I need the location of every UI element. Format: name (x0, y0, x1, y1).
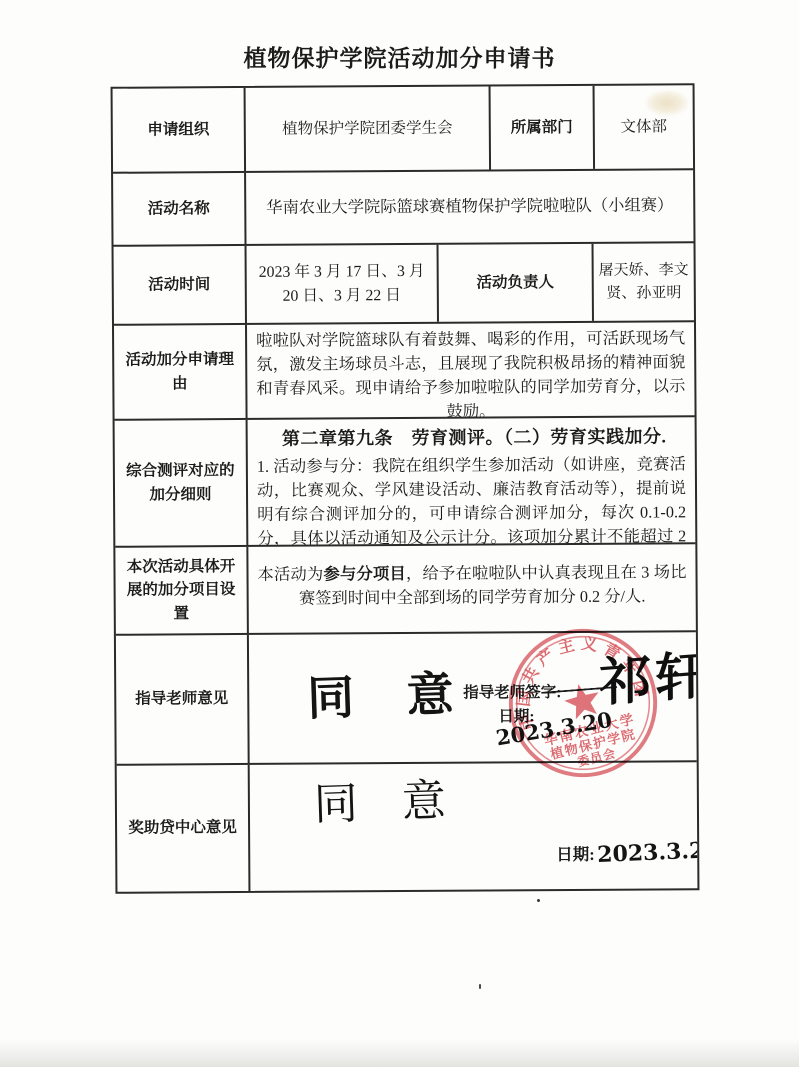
activity-leader-value: 屠天娇、李文贤、孙亚明 (594, 243, 694, 321)
evaluation-rule-cell: 第二章第九条 劳育测评。（二）劳育实践加分. 1. 活动参与分：我院在组织学生参… (248, 417, 696, 545)
advisor-signature-handwriting: 祁轩 (599, 636, 697, 723)
project-setting-prefix: 本活动为 (257, 564, 323, 583)
project-setting-text: 本活动为参与分项目，给予在啦啦队中认真表现且在 3 场比赛签到时间中全部到场的同… (248, 544, 695, 615)
scan-smudge-artifact (645, 90, 689, 116)
apply-reason-text: 啦啦队对学院篮球队有着鼓舞、喝彩的作用，可活跃现场气氛，激发主场球员斗志，且展现… (247, 322, 695, 418)
aid-center-opinion-cell: 同 意 日期: 2023.3.20 (250, 762, 698, 891)
row-applicant-org: 申请组织 植物保护学院团委学生会 所属部门 文体部 (113, 85, 694, 174)
application-form-table: 申请组织 植物保护学院团委学生会 所属部门 文体部 活动名称 华南农业大学院际篮… (111, 83, 700, 894)
advisor-opinion-label: 指导老师意见 (116, 635, 250, 764)
activity-name-value: 华南农业大学院际篮球赛植物保护学院啦啦队（小组赛） (246, 170, 693, 244)
evaluation-rule-label: 综合测评对应的加分细则 (115, 420, 249, 546)
document-title: 植物保护学院活动加分申请书 (0, 40, 799, 73)
row-activity-time: 活动时间 2023 年 3 月 17 日、3 月 20 日、3 月 22 日 活… (114, 243, 694, 326)
activity-name-label: 活动名称 (113, 173, 246, 245)
scan-speck-artifact (479, 984, 481, 989)
scan-speck-artifact (537, 899, 540, 902)
aid-center-opinion-label: 奖助贷中心意见 (117, 765, 251, 892)
row-activity-name: 活动名称 华南农业大学院际篮球赛植物保护学院啦啦队（小组赛） (113, 170, 693, 247)
row-evaluation-rule: 综合测评对应的加分细则 第二章第九条 劳育测评。（二）劳育实践加分. 1. 活动… (115, 417, 696, 548)
advisor-approval-handwriting: 同 意 (306, 659, 473, 735)
row-apply-reason: 活动加分申请理由 啦啦队对学院篮球队有着鼓舞、喝彩的作用，可活跃现场气氛，激发主… (114, 322, 695, 421)
aid-center-date-handwriting: 2023.3.20 (596, 834, 697, 872)
applicant-org-value: 植物保护学院团委学生会 (246, 86, 492, 170)
activity-time-value: 2023 年 3 月 17 日、3 月 20 日、3 月 22 日 (247, 245, 439, 323)
project-setting-bold-term: 参与分项目 (323, 564, 406, 584)
apply-reason-label: 活动加分申请理由 (114, 325, 248, 419)
scan-bottom-edge-shadow (0, 1039, 799, 1067)
evaluation-rule-body: 1. 活动参与分：我院在组织学生参加活动（如讲座，竞赛活动，比赛观众、学风建设活… (248, 449, 696, 545)
row-aid-center-opinion: 奖助贷中心意见 同 意 日期: 2023.3.20 (117, 762, 698, 892)
aid-center-approval-handwriting: 同 意 (313, 768, 462, 839)
apply-reason-cell: 啦啦队对学院篮球队有着鼓舞、喝彩的作用，可活跃现场气氛，激发主场球员斗志，且展现… (247, 322, 695, 418)
applicant-org-label: 申请组织 (113, 88, 247, 172)
department-label: 所属部门 (491, 86, 596, 170)
project-setting-cell: 本活动为参与分项目，给予在啦啦队中认真表现且在 3 场比赛签到时间中全部到场的同… (248, 544, 696, 633)
aid-center-date-label: 日期: (556, 843, 595, 868)
row-project-setting: 本次活动具体开展的加分项目设置 本活动为参与分项目，给予在啦啦队中认真表现且在 … (115, 544, 696, 636)
scanned-document-page: 植物保护学院活动加分申请书 申请组织 植物保护学院团委学生会 所属部门 文体部 … (0, 0, 799, 1067)
advisor-opinion-cell: 同 意 指导老师签字: 日期: 祁轩 2023.3.20 (249, 632, 697, 763)
aid-center-date-line: 日期: 2023.3.20 (556, 836, 697, 870)
activity-leader-label: 活动负责人 (439, 244, 594, 322)
project-setting-label: 本次活动具体开展的加分项目设置 (115, 547, 249, 634)
row-advisor-opinion: 指导老师意见 同 意 指导老师签字: 日期: 祁轩 2023.3.20 (116, 632, 697, 766)
evaluation-rule-heading: 第二章第九条 劳育测评。（二）劳育实践加分. (248, 417, 695, 451)
activity-time-label: 活动时间 (114, 246, 247, 324)
